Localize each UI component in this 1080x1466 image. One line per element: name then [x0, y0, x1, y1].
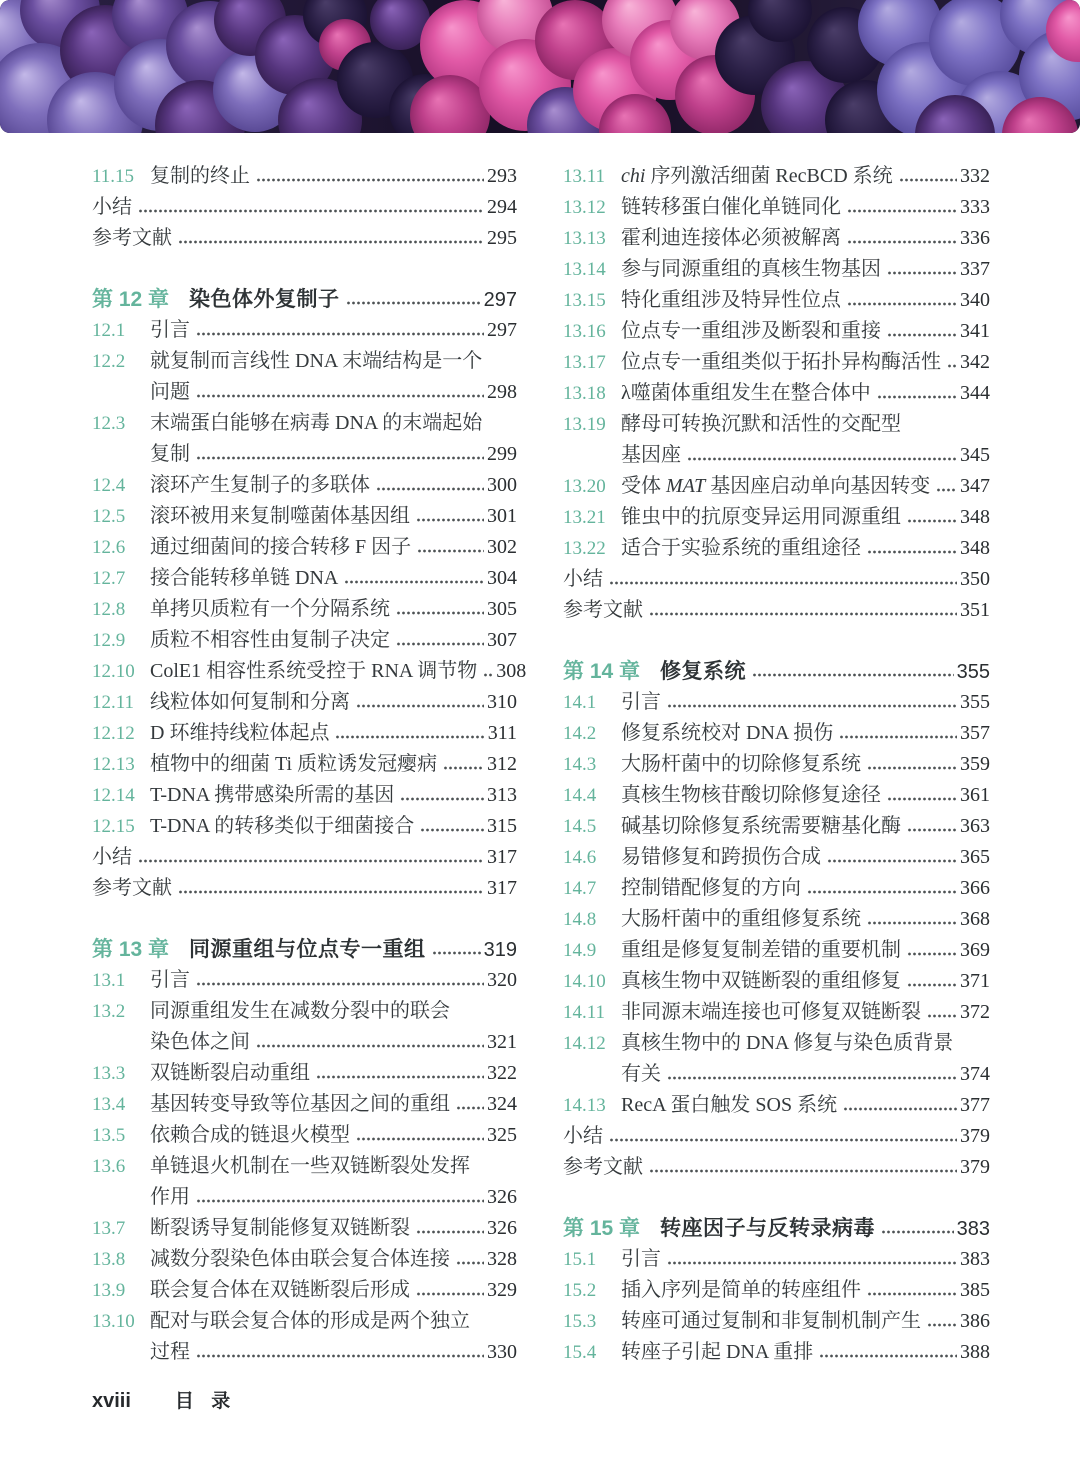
section-number: 11.15: [92, 161, 150, 192]
toc-row: 13.14参与同源重组的真核生物基因337: [563, 254, 990, 285]
page-ref: 329: [487, 1275, 517, 1306]
toc-entry: 13.16位点专一重组涉及断裂和重接341: [563, 316, 990, 347]
section-number: 14.8: [563, 904, 621, 935]
entry-title: 减数分裂染色体由联会复合体连接: [150, 1244, 450, 1275]
page-ref: 374: [960, 1059, 990, 1090]
toc-entry: 13.18λ噬菌体重组发生在整合体中344: [563, 378, 990, 409]
toc-entry: 参考文献379: [563, 1152, 990, 1183]
toc-entry: 14.4真核生物核苷酸切除修复途径361: [563, 780, 990, 811]
toc-row: 12.14T-DNA 携带感染所需的基因313: [92, 780, 517, 811]
toc-entry: 12.8单拷贝质粒有一个分隔系统305: [92, 594, 517, 625]
toc-entry: 12.10ColE1 相容性系统受控于 RNA 调节物308: [92, 656, 517, 687]
toc-chapter-entry: 第 13 章同源重组与位点专一重组319: [92, 934, 517, 965]
entry-title: 小结: [92, 192, 132, 223]
entry-title: 引言: [150, 965, 190, 996]
toc-entry: 12.2就复制而言线性 DNA 末端结构是一个问题298: [92, 346, 517, 408]
block-gap: [92, 904, 517, 934]
toc-entry: 14.7控制错配修复的方向366: [563, 873, 990, 904]
toc-entry: 15.2插入序列是简单的转座组件385: [563, 1275, 990, 1306]
page-ref: 325: [487, 1120, 517, 1151]
entry-title: 依赖合成的链退火模型: [150, 1120, 350, 1151]
toc-entry: 小结379: [563, 1121, 990, 1152]
toc-entry: 12.9质粒不相容性由复制子决定307: [92, 625, 517, 656]
toc-row: 13.15特化重组涉及特异性位点340: [563, 285, 990, 316]
toc-row: 12.15T-DNA 的转移类似于细菌接合315: [92, 811, 517, 842]
dot-leader: [847, 237, 957, 247]
page-ref: 386: [960, 1306, 990, 1337]
entry-title: 基因转变导致等位基因之间的重组: [150, 1089, 450, 1120]
section-number: 13.15: [563, 285, 621, 316]
entry-title: 作用: [150, 1182, 190, 1213]
page-ref: 342: [960, 347, 990, 378]
page-ref: 324: [487, 1089, 517, 1120]
entry-title: 质粒不相容性由复制子决定: [150, 625, 390, 656]
toc-entry: 12.5滚环被用来复制噬菌体基因组301: [92, 501, 517, 532]
toc-entry: 12.1引言297: [92, 315, 517, 346]
section-number: 15.4: [563, 1337, 621, 1368]
page-ref: 377: [960, 1090, 990, 1121]
page-ref: 304: [487, 563, 517, 594]
toc-row: 13.20受体 MAT 基因座启动单向基因转变347: [563, 471, 990, 502]
entry-title: 接合能转移单链 DNA: [150, 563, 338, 594]
page-ref: 313: [487, 780, 517, 811]
dot-leader: [887, 330, 957, 340]
entry-title: 锥虫中的抗原变异运用同源重组: [621, 502, 901, 533]
page-number: xviii: [92, 1390, 131, 1413]
entry-title: 转座因子与反转录病毒: [660, 1213, 875, 1244]
section-number: 12.4: [92, 470, 150, 501]
entry-title: 有关: [621, 1059, 661, 1090]
entry-title: 同源重组与位点专一重组: [189, 934, 426, 965]
dot-leader: [649, 609, 957, 619]
dot-leader: [483, 670, 493, 680]
entry-title: 大肠杆菌中的重组修复系统: [621, 904, 861, 935]
toc-row: 14.3大肠杆菌中的切除修复系统359: [563, 749, 990, 780]
entry-title: 断裂诱导复制能修复双链断裂: [150, 1213, 410, 1244]
toc-entry: 小结317: [92, 842, 517, 873]
page-ref: 319: [484, 935, 517, 966]
page-ref: 348: [960, 533, 990, 564]
section-number: 12.2: [92, 346, 150, 377]
section-number: 13.4: [92, 1089, 150, 1120]
toc-entry: 13.2同源重组发生在减数分裂中的联会染色体之间321: [92, 996, 517, 1058]
toc-row: 13.11chi 序列激活细菌 RecBCD 系统332: [563, 161, 990, 192]
section-number: 13.13: [563, 223, 621, 254]
toc-entry: 12.3末端蛋白能够在病毒 DNA 的末端起始复制299: [92, 408, 517, 470]
section-number: 13.18: [563, 378, 621, 409]
entry-title: 特化重组涉及特异性位点: [621, 285, 841, 316]
molecule-banner-image: [0, 0, 1080, 133]
page-ref: 388: [960, 1337, 990, 1368]
toc-entry: 14.11非同源末端连接也可修复双链断裂372: [563, 997, 990, 1028]
page-ref: 341: [960, 316, 990, 347]
dot-leader: [839, 732, 957, 742]
section-number: 13.3: [92, 1058, 150, 1089]
toc-row: 13.16位点专一重组涉及断裂和重接341: [563, 316, 990, 347]
dot-leader: [178, 237, 484, 247]
dot-leader: [819, 1351, 957, 1361]
chapter-number: 第 15 章: [563, 1213, 660, 1244]
toc-entry: 13.9联会复合体在双链断裂后形成329: [92, 1275, 517, 1306]
toc-row: 问题298: [92, 377, 517, 408]
page-ref: 322: [487, 1058, 517, 1089]
page-ref: 297: [487, 315, 517, 346]
page-ref: 307: [487, 625, 517, 656]
dot-leader: [867, 1289, 957, 1299]
dot-leader: [456, 1258, 484, 1268]
dot-leader: [867, 547, 957, 557]
page-ref: 326: [487, 1213, 517, 1244]
entry-title: 控制错配修复的方向: [621, 873, 801, 904]
entry-title: 碱基切除修复系统需要糖基化酶: [621, 811, 901, 842]
toc-row: 参考文献317: [92, 873, 517, 904]
toc-entry: 13.3双链断裂启动重组322: [92, 1058, 517, 1089]
toc-entry: 15.1引言383: [563, 1244, 990, 1275]
entry-title: 真核生物中双链断裂的重组修复: [621, 966, 901, 997]
entry-title: 通过细菌间的接合转移 F 因子: [150, 532, 411, 563]
dot-leader: [936, 485, 957, 495]
toc-row: 13.6单链退火机制在一些双链断裂处发挥: [92, 1151, 517, 1182]
dot-leader: [196, 453, 484, 463]
section-number: 13.21: [563, 502, 621, 533]
entry-title: 引言: [621, 687, 661, 718]
entry-title: 酵母可转换沉默和活性的交配型: [621, 409, 901, 440]
dot-leader: [376, 484, 484, 494]
toc-page: 11.15复制的终止293小结294参考文献295第 12 章染色体外复制子29…: [0, 0, 1080, 1466]
dot-leader: [907, 825, 957, 835]
dot-leader: [867, 918, 957, 928]
entry-title: chi 序列激活细菌 RecBCD 系统: [621, 161, 893, 192]
entry-title: 复制的终止: [150, 161, 250, 192]
entry-title: T-DNA 的转移类似于细菌接合: [150, 811, 414, 842]
entry-title: 小结: [563, 564, 603, 595]
dot-leader: [667, 701, 957, 711]
toc-row: 有关374: [563, 1059, 990, 1090]
page-ref: 293: [487, 161, 517, 192]
page-ref: 321: [487, 1027, 517, 1058]
section-number: 12.15: [92, 811, 150, 842]
toc-row: 13.2同源重组发生在减数分裂中的联会: [92, 996, 517, 1027]
dot-leader: [807, 887, 957, 897]
chapter-number: 第 12 章: [92, 284, 189, 315]
toc-entry: 13.22适合于实验系统的重组途径348: [563, 533, 990, 564]
dot-leader: [752, 670, 954, 680]
page-ref: 359: [960, 749, 990, 780]
toc-row: 13.12链转移蛋白催化单链同化333: [563, 192, 990, 223]
entry-title: 位点专一重组类似于拓扑异构酶活性: [621, 347, 941, 378]
toc-entry: 参考文献351: [563, 595, 990, 626]
toc-entry: 15.3转座可通过复制和非复制机制产生386: [563, 1306, 990, 1337]
toc-entry: 13.11chi 序列激活细菌 RecBCD 系统332: [563, 161, 990, 192]
section-number: 14.7: [563, 873, 621, 904]
section-number: 12.7: [92, 563, 150, 594]
toc-entry: 13.12链转移蛋白催化单链同化333: [563, 192, 990, 223]
section-number: 13.1: [92, 965, 150, 996]
dot-leader: [416, 1227, 484, 1237]
page-ref: 315: [487, 811, 517, 842]
toc-row: 14.8大肠杆菌中的重组修复系统368: [563, 904, 990, 935]
section-number: 12.11: [92, 687, 150, 718]
section-number: 14.1: [563, 687, 621, 718]
page-ref: 305: [487, 594, 517, 625]
section-number: 13.2: [92, 996, 150, 1027]
entry-title: 单链退火机制在一些双链断裂处发挥: [150, 1151, 470, 1182]
toc-row: 13.3双链断裂启动重组322: [92, 1058, 517, 1089]
entry-title: 位点专一重组涉及断裂和重接: [621, 316, 881, 347]
toc-entry: 13.4基因转变导致等位基因之间的重组324: [92, 1089, 517, 1120]
section-number: 13.8: [92, 1244, 150, 1275]
entry-title: 霍利迪连接体必须被解离: [621, 223, 841, 254]
dot-leader: [947, 361, 957, 371]
entry-title: 双链断裂启动重组: [150, 1058, 310, 1089]
entry-title: 参考文献: [92, 223, 172, 254]
toc-entry: 14.3大肠杆菌中的切除修复系统359: [563, 749, 990, 780]
toc-entry: 13.15特化重组涉及特异性位点340: [563, 285, 990, 316]
toc-row: 小结317: [92, 842, 517, 873]
toc-entry: 13.17位点专一重组类似于拓扑异构酶活性342: [563, 347, 990, 378]
section-number: 12.8: [92, 594, 150, 625]
dot-leader: [847, 206, 957, 216]
toc-row: 12.10ColE1 相容性系统受控于 RNA 调节物308: [92, 656, 517, 687]
entry-title: T-DNA 携带感染所需的基因: [150, 780, 394, 811]
page-ref: 317: [487, 873, 517, 904]
page-ref: 371: [960, 966, 990, 997]
page-ref: 383: [957, 1214, 990, 1245]
toc-content: 11.15复制的终止293小结294参考文献295第 12 章染色体外复制子29…: [92, 161, 988, 1368]
entry-title: 引言: [150, 315, 190, 346]
page-ref: 301: [487, 501, 517, 532]
toc-entry: 小结294: [92, 192, 517, 223]
page-footer: xviii 目 录: [92, 1386, 236, 1413]
section-number: 14.13: [563, 1090, 621, 1121]
page-ref: 350: [960, 564, 990, 595]
section-number: 12.5: [92, 501, 150, 532]
dot-leader: [346, 298, 481, 308]
section-number: 14.3: [563, 749, 621, 780]
page-ref: 332: [960, 161, 990, 192]
toc-entry: 14.12真核生物中的 DNA 修复与染色质背景有关374: [563, 1028, 990, 1090]
section-number: 13.9: [92, 1275, 150, 1306]
page-ref: 363: [960, 811, 990, 842]
dot-leader: [335, 732, 484, 742]
dot-leader: [256, 175, 484, 185]
toc-row: 13.8减数分裂染色体由联会复合体连接328: [92, 1244, 517, 1275]
dot-leader: [138, 856, 484, 866]
page-ref: 333: [960, 192, 990, 223]
dot-leader: [881, 1227, 954, 1237]
toc-row: 基因座345: [563, 440, 990, 471]
entry-title: 链转移蛋白催化单链同化: [621, 192, 841, 223]
toc-row: 14.12真核生物中的 DNA 修复与染色质背景: [563, 1028, 990, 1059]
page-ref: 357: [960, 718, 990, 749]
section-number: 13.20: [563, 471, 621, 502]
entry-title: 染色体外复制子: [189, 284, 340, 315]
dot-leader: [927, 1011, 957, 1021]
toc-row: 作用326: [92, 1182, 517, 1213]
page-ref: 311: [488, 718, 517, 749]
section-number: 15.1: [563, 1244, 621, 1275]
toc-row: 12.11线粒体如何复制和分离310: [92, 687, 517, 718]
dot-leader: [138, 206, 484, 216]
page-ref: 320: [487, 965, 517, 996]
toc-row: 15.4转座子引起 DNA 重排388: [563, 1337, 990, 1368]
section-number: 13.17: [563, 347, 621, 378]
dot-leader: [649, 1166, 957, 1176]
toc-row: 12.13植物中的细菌 Ti 质粒诱发冠瘿病312: [92, 749, 517, 780]
toc-row: 14.10真核生物中双链断裂的重组修复371: [563, 966, 990, 997]
section-number: 12.1: [92, 315, 150, 346]
entry-title: 参考文献: [563, 1152, 643, 1183]
block-gap: [563, 1183, 990, 1213]
dot-leader: [396, 608, 484, 618]
toc-entry: 12.7接合能转移单链 DNA304: [92, 563, 517, 594]
entry-title: 插入序列是简单的转座组件: [621, 1275, 861, 1306]
toc-column-left: 11.15复制的终止293小结294参考文献295第 12 章染色体外复制子29…: [92, 161, 517, 1368]
toc-entry: 14.13RecA 蛋白触发 SOS 系统377: [563, 1090, 990, 1121]
page-ref: 355: [960, 687, 990, 718]
dot-leader: [196, 979, 484, 989]
toc-row: 12.1引言297: [92, 315, 517, 346]
toc-row: 15.3转座可通过复制和非复制机制产生386: [563, 1306, 990, 1337]
entry-title: 染色体之间: [150, 1027, 250, 1058]
section-number: 13.12: [563, 192, 621, 223]
toc-row: 14.5碱基切除修复系统需要糖基化酶363: [563, 811, 990, 842]
entry-title: 真核生物中的 DNA 修复与染色质背景: [621, 1028, 953, 1059]
chapter-number: 第 13 章: [92, 934, 189, 965]
section-number: 12.6: [92, 532, 150, 563]
entry-title: 基因座: [621, 440, 681, 471]
dot-leader: [667, 1073, 957, 1083]
page-ref: 340: [960, 285, 990, 316]
dot-leader: [667, 1258, 957, 1268]
dot-leader: [867, 763, 957, 773]
page-ref: 326: [487, 1182, 517, 1213]
toc-row: 第 14 章修复系统355: [563, 656, 990, 687]
toc-row: 15.2插入序列是简单的转座组件385: [563, 1275, 990, 1306]
page-ref: 347: [960, 471, 990, 502]
toc-entry: 13.19酵母可转换沉默和活性的交配型基因座345: [563, 409, 990, 471]
section-number: 13.16: [563, 316, 621, 347]
entry-title: 植物中的细菌 Ti 质粒诱发冠瘿病: [150, 749, 437, 780]
entry-title: 受体 MAT 基因座启动单向基因转变: [621, 471, 930, 502]
toc-entry: 14.5碱基切除修复系统需要糖基化酶363: [563, 811, 990, 842]
page-ref: 298: [487, 377, 517, 408]
toc-entry: 参考文献317: [92, 873, 517, 904]
toc-entry: 12.11线粒体如何复制和分离310: [92, 687, 517, 718]
dot-leader: [196, 329, 484, 339]
toc-row: 第 12 章染色体外复制子297: [92, 284, 517, 315]
page-ref: 308: [496, 656, 526, 687]
toc-row: 复制299: [92, 439, 517, 470]
section-number: 13.6: [92, 1151, 150, 1182]
toc-row: 12.5滚环被用来复制噬菌体基因组301: [92, 501, 517, 532]
section-number: 15.2: [563, 1275, 621, 1306]
toc-row: 13.5依赖合成的链退火模型325: [92, 1120, 517, 1151]
toc-row: 染色体之间321: [92, 1027, 517, 1058]
toc-entry: 11.15复制的终止293: [92, 161, 517, 192]
dot-leader: [877, 392, 957, 402]
footer-section-title: 目 录: [175, 1386, 236, 1413]
entry-title: 参考文献: [563, 595, 643, 626]
dot-leader: [196, 1351, 484, 1361]
toc-row: 12.7接合能转移单链 DNA304: [92, 563, 517, 594]
dot-leader: [196, 391, 484, 401]
section-number: 12.12: [92, 718, 150, 749]
toc-entry: 12.15T-DNA 的转移类似于细菌接合315: [92, 811, 517, 842]
entry-title: 单拷贝质粒有一个分隔系统: [150, 594, 390, 625]
toc-entry: 14.9重组是修复复制差错的重要机制369: [563, 935, 990, 966]
page-ref: 310: [487, 687, 517, 718]
toc-row: 小结294: [92, 192, 517, 223]
toc-row: 13.9联会复合体在双链断裂后形成329: [92, 1275, 517, 1306]
page-ref: 355: [957, 657, 990, 688]
dot-leader: [843, 1104, 957, 1114]
toc-row: 14.9重组是修复复制差错的重要机制369: [563, 935, 990, 966]
toc-row: 13.1引言320: [92, 965, 517, 996]
page-ref: 365: [960, 842, 990, 873]
toc-entry: 14.1引言355: [563, 687, 990, 718]
toc-row: 13.21锥虫中的抗原变异运用同源重组348: [563, 502, 990, 533]
entry-title: 线粒体如何复制和分离: [150, 687, 350, 718]
toc-row: 14.1引言355: [563, 687, 990, 718]
toc-chapter-entry: 第 14 章修复系统355: [563, 656, 990, 687]
toc-row: 13.13霍利迪连接体必须被解离336: [563, 223, 990, 254]
toc-row: 13.19酵母可转换沉默和活性的交配型: [563, 409, 990, 440]
entry-title: 参考文献: [92, 873, 172, 904]
toc-entry: 12.4滚环产生复制子的多联体300: [92, 470, 517, 501]
section-number: 14.2: [563, 718, 621, 749]
toc-row: 12.12D 环维持线粒体起点311: [92, 718, 517, 749]
toc-row: 12.3末端蛋白能够在病毒 DNA 的末端起始: [92, 408, 517, 439]
toc-row: 12.2就复制而言线性 DNA 末端结构是一个: [92, 346, 517, 377]
chapter-number: 第 14 章: [563, 656, 660, 687]
entry-title: 滚环被用来复制噬菌体基因组: [150, 501, 410, 532]
entry-title: 参与同源重组的真核生物基因: [621, 254, 881, 285]
toc-row: 参考文献295: [92, 223, 517, 254]
dot-leader: [416, 515, 484, 525]
page-ref: 302: [487, 532, 517, 563]
section-number: 13.11: [563, 161, 621, 192]
dot-leader: [256, 1041, 484, 1051]
toc-entry: 13.6单链退火机制在一些双链断裂处发挥作用326: [92, 1151, 517, 1213]
toc-row: 13.7断裂诱导复制能修复双链断裂326: [92, 1213, 517, 1244]
entry-title: 转座子引起 DNA 重排: [621, 1337, 813, 1368]
entry-title: 滚环产生复制子的多联体: [150, 470, 370, 501]
toc-chapter-entry: 第 12 章染色体外复制子297: [92, 284, 517, 315]
page-ref: 344: [960, 378, 990, 409]
dot-leader: [827, 856, 957, 866]
dot-leader: [396, 639, 484, 649]
section-number: 15.3: [563, 1306, 621, 1337]
toc-entry: 14.10真核生物中双链断裂的重组修复371: [563, 966, 990, 997]
entry-title: 配对与联会复合体的形成是两个独立: [150, 1306, 470, 1337]
toc-row: 13.4基因转变导致等位基因之间的重组324: [92, 1089, 517, 1120]
entry-title: 末端蛋白能够在病毒 DNA 的末端起始: [150, 408, 482, 439]
entry-title: λ噬菌体重组发生在整合体中: [621, 378, 871, 409]
toc-row: 第 15 章转座因子与反转录病毒383: [563, 1213, 990, 1244]
toc-row: 12.9质粒不相容性由复制子决定307: [92, 625, 517, 656]
block-gap: [563, 626, 990, 656]
dot-leader: [196, 1196, 484, 1206]
entry-title: 同源重组发生在减数分裂中的联会: [150, 996, 450, 1027]
section-number: 14.9: [563, 935, 621, 966]
section-number: 14.6: [563, 842, 621, 873]
page-ref: 372: [960, 997, 990, 1028]
dot-leader: [609, 578, 957, 588]
entry-title: 适合于实验系统的重组途径: [621, 533, 861, 564]
section-number: 12.10: [92, 656, 150, 687]
entry-title: 大肠杆菌中的切除修复系统: [621, 749, 861, 780]
